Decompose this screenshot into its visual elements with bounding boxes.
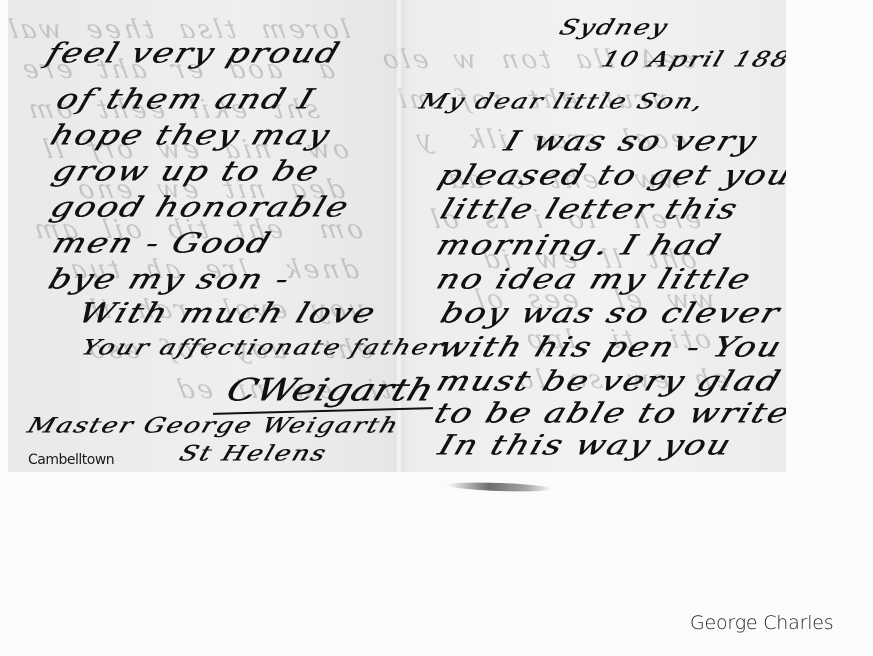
letter-line: feel very proud bbox=[42, 37, 345, 70]
letter-closing: Your affectionate father bbox=[78, 335, 448, 360]
letter-line: good honorable bbox=[46, 191, 354, 224]
letter-salutation: My dear little Son, bbox=[416, 89, 708, 114]
letter-date: 10 April 1889 bbox=[598, 47, 786, 72]
archival-annotation: George Charles bbox=[690, 612, 833, 634]
letter-line: morning. I had bbox=[432, 229, 726, 262]
ink-smudge bbox=[447, 481, 552, 493]
letter-line: to be able to write. bbox=[430, 397, 786, 430]
letter-line: must be very glad bbox=[432, 365, 786, 398]
letter-place: Sydney bbox=[556, 15, 672, 40]
letter-line: with his pen - You bbox=[434, 331, 786, 364]
pencil-note: Cambelltown bbox=[28, 452, 114, 468]
letter-line: I was so very bbox=[500, 125, 762, 158]
letter-line: of them and I bbox=[52, 83, 319, 116]
letter-line: grow up to be bbox=[48, 155, 324, 188]
recipient-place: St Helens bbox=[176, 441, 330, 466]
right-page: Sydney 10 April 1889 My dear little Son,… bbox=[404, 0, 786, 472]
letter-line: men - Good bbox=[48, 227, 276, 260]
letter-line: hope they may bbox=[46, 119, 335, 152]
letter-line: little letter this bbox=[436, 193, 743, 226]
letter-line: bye my son - bbox=[44, 263, 295, 296]
letter-line: pleased to get your bbox=[434, 159, 786, 192]
letter-line: With much love bbox=[74, 297, 381, 330]
recipient-address: Master George Weigarth bbox=[24, 413, 403, 438]
letter-line: boy was so clever bbox=[436, 297, 785, 330]
letter-line: no idea my little bbox=[432, 263, 756, 296]
left-page: feel very proud of them and I hope they … bbox=[8, 0, 394, 472]
letter-line: In this way you bbox=[434, 429, 736, 462]
letter-scan: lorem tlsa thee wal a aod er aht ere sht… bbox=[8, 0, 786, 472]
